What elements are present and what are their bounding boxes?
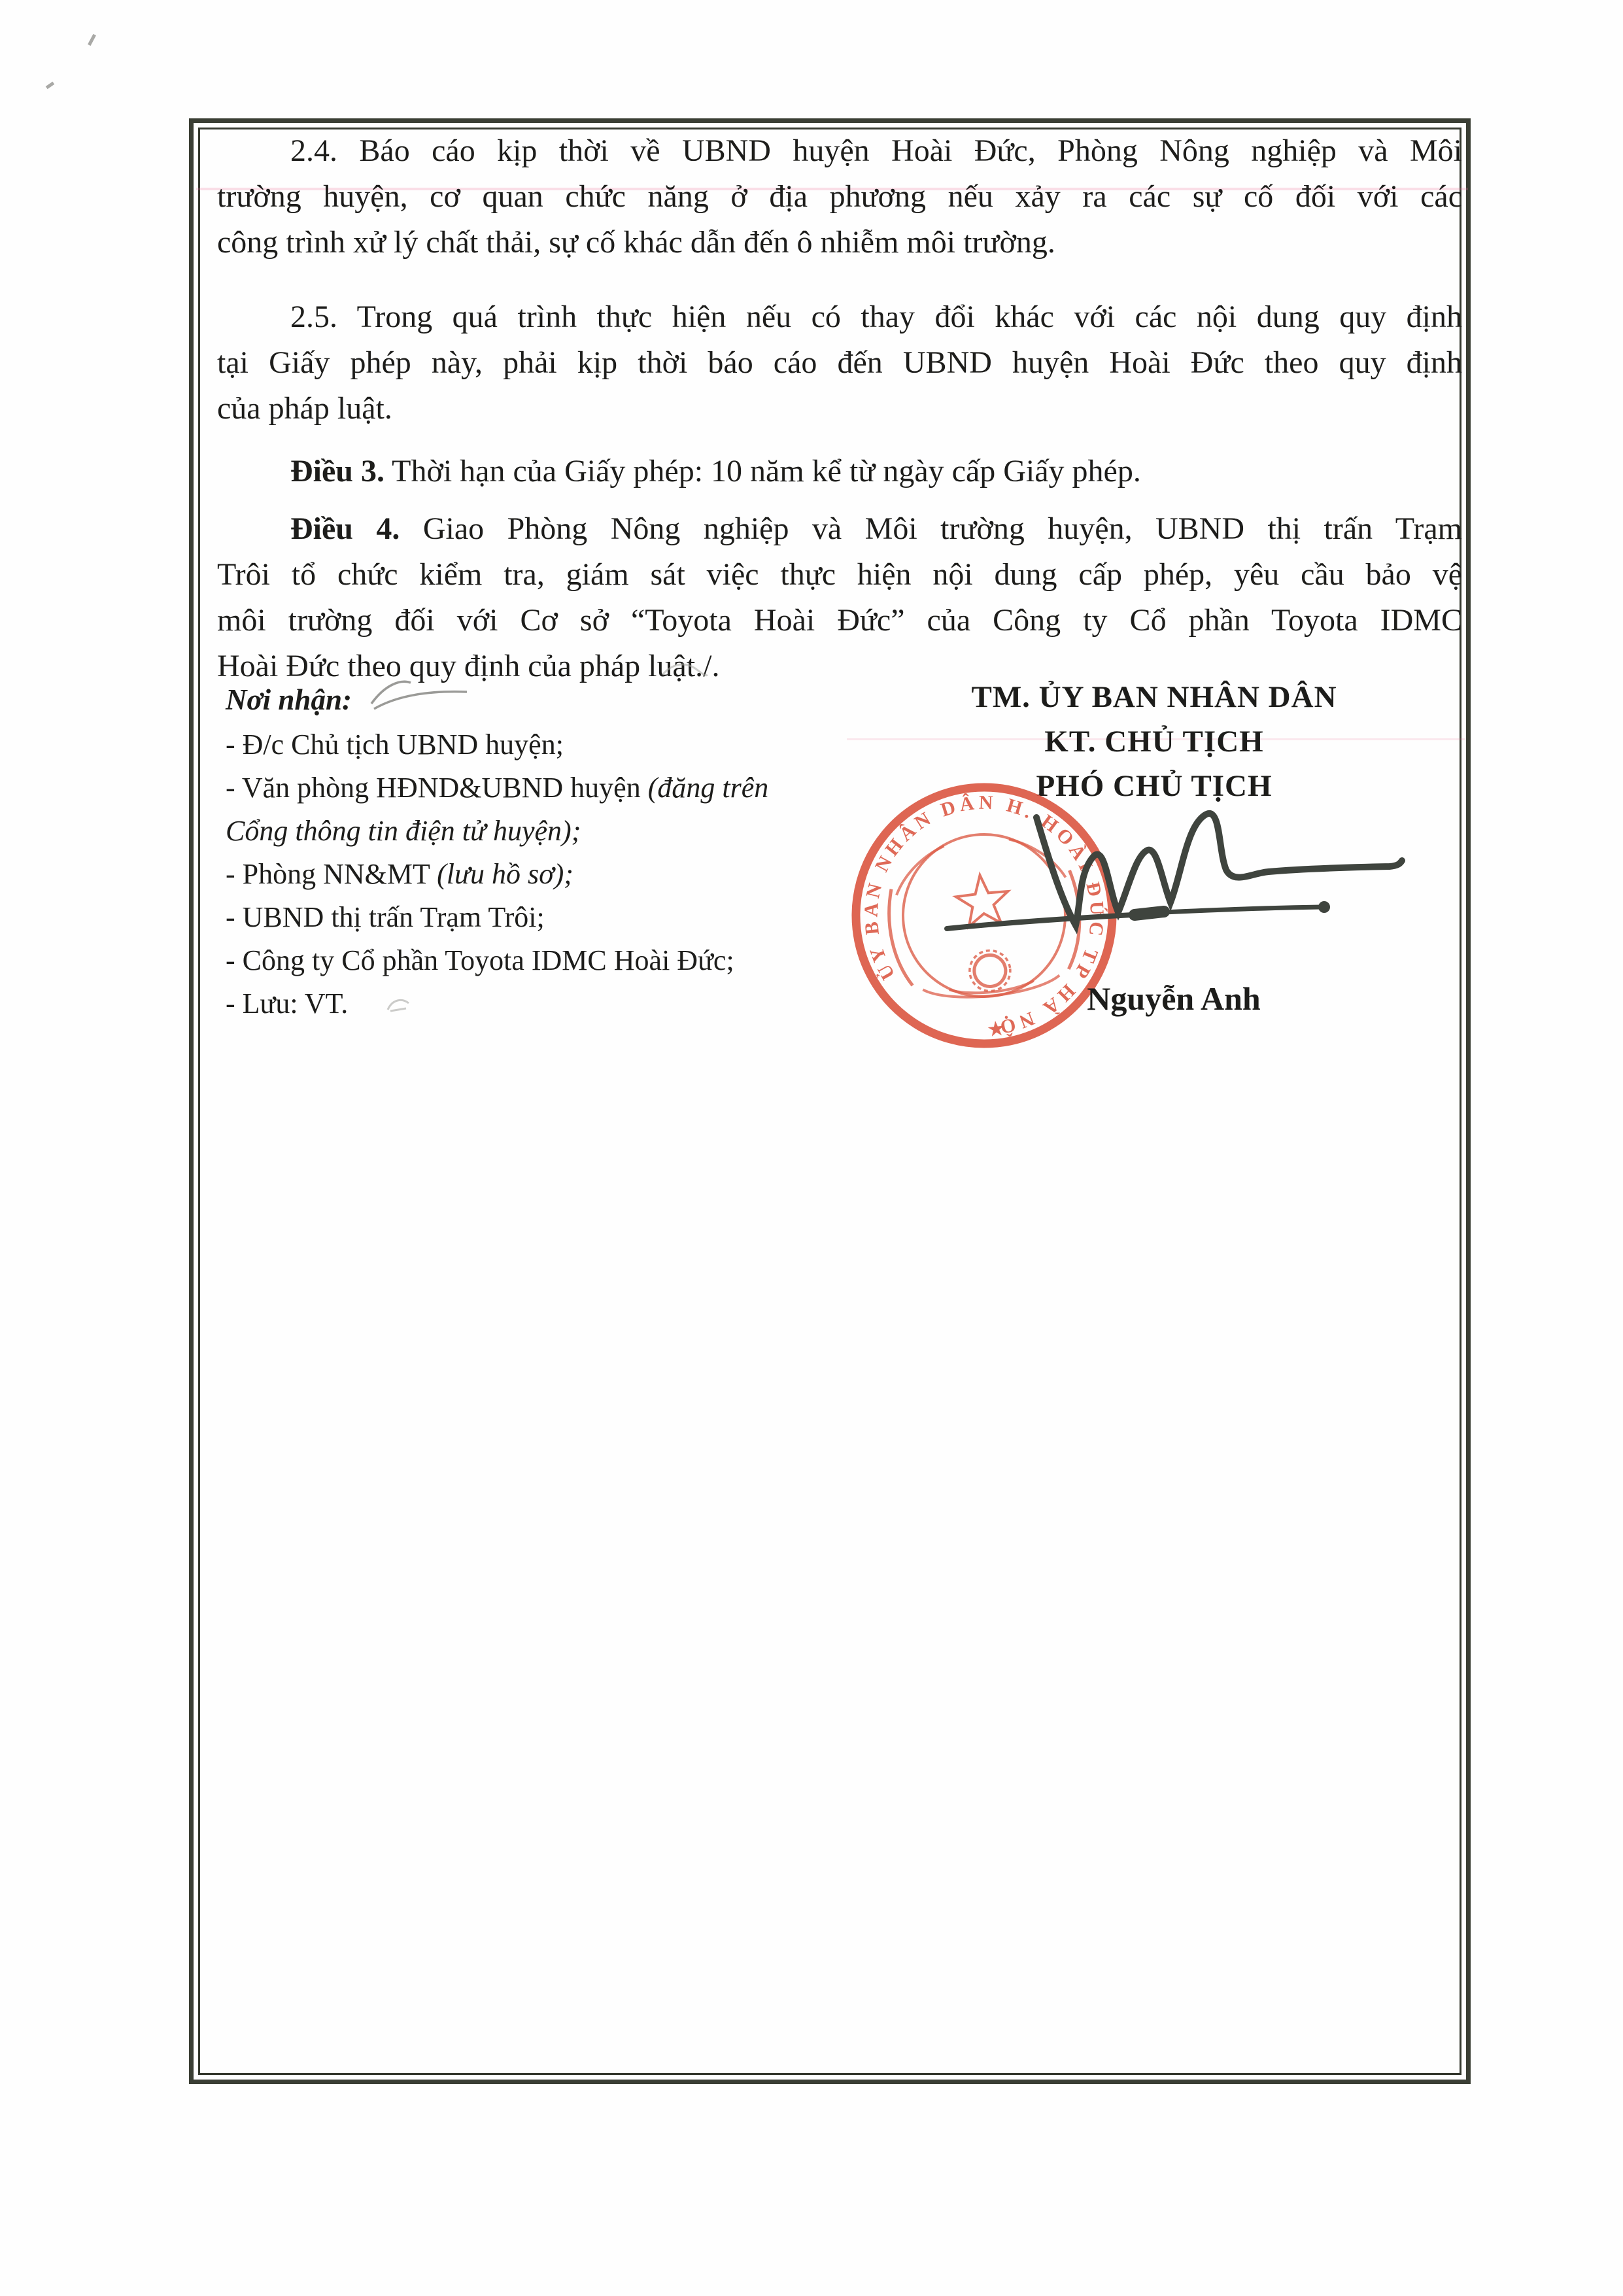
article-3: Điều 3. Thời hạn của Giấy phép: 10 năm k… xyxy=(217,449,1462,494)
text-line: Điều 4. Giao Phòng Nông nghiệp và Môi tr… xyxy=(217,506,1462,552)
article-3-text: Thời hạn của Giấy phép: 10 năm kể từ ngà… xyxy=(384,454,1141,488)
text-line: 2.5. Trong quá trình thực hiện nếu có th… xyxy=(217,294,1462,340)
recipient-text-italic: Cổng thông tin điện tử huyện); xyxy=(226,815,581,847)
recipient-text: - Phòng NN&MT xyxy=(226,858,437,890)
paragraph-2-4: 2.4. Báo cáo kịp thời về UBND huyện Hoài… xyxy=(217,128,1462,266)
scanned-document-page: 2.4. Báo cáo kịp thời về UBND huyện Hoài… xyxy=(0,0,1623,2296)
text-line: công trình xử lý chất thải, sự cố khác d… xyxy=(217,220,1462,266)
pencil-scribble-icon xyxy=(367,672,479,718)
text-line: Trôi tổ chức kiểm tra, giám sát việc thự… xyxy=(217,552,1462,598)
recipient-item: - Văn phòng HĐND&UBND huyện (đăng trên xyxy=(226,766,880,810)
recipient-item: Cổng thông tin điện tử huyện); xyxy=(226,810,880,853)
recipient-item: - UBND thị trấn Trạm Trôi; xyxy=(226,896,880,939)
text-line: tại Giấy phép này, phải kịp thời báo cáo… xyxy=(217,340,1462,386)
recipient-text: - UBND thị trấn Trạm Trôi; xyxy=(226,901,545,933)
signature-heading-kt: KT. CHỦ TỊCH xyxy=(844,719,1465,764)
pencil-mark-icon xyxy=(383,991,419,1018)
signer-name: Nguyễn Anh xyxy=(961,980,1386,1018)
ink-speck xyxy=(46,82,55,90)
article-3-label: Điều 3. xyxy=(290,454,384,488)
article-4-text: Giao Phòng Nông nghiệp và Môi trường huy… xyxy=(400,511,1462,546)
recipient-text: - Công ty Cổ phần Toyota IDMC Hoài Đức; xyxy=(226,944,734,976)
recipient-text: - Văn phòng HĐND&UBND huyện xyxy=(226,772,648,804)
text-line: 2.4. Báo cáo kịp thời về UBND huyện Hoài… xyxy=(217,128,1462,174)
recipient-item: - Phòng NN&MT (lưu hồ sơ); xyxy=(226,853,880,896)
recipient-item: - Công ty Cổ phần Toyota IDMC Hoài Đức; xyxy=(226,939,880,982)
recipients-label: Nơi nhận: xyxy=(226,680,880,719)
text-line: Điều 3. Thời hạn của Giấy phép: 10 năm k… xyxy=(217,449,1462,494)
recipient-item: - Đ/c Chủ tịch UBND huyện; xyxy=(226,723,880,766)
article-4: Điều 4. Giao Phòng Nông nghiệp và Môi tr… xyxy=(217,506,1462,689)
text-line: môi trường đối với Cơ sở “Toyota Hoài Đứ… xyxy=(217,598,1462,643)
recipient-text: - Lưu: VT. xyxy=(226,987,348,1019)
recipient-item: - Lưu: VT. xyxy=(226,982,880,1025)
article-4-label: Điều 4. xyxy=(290,511,400,546)
recipients-block: Nơi nhận: - Đ/c Chủ tịch UBND huyện; - V… xyxy=(226,680,880,1025)
stamp-star-icon: ★ xyxy=(985,1016,1006,1042)
signature-image xyxy=(912,781,1422,958)
recipient-text-italic: (đăng trên xyxy=(648,772,769,804)
text-line: của pháp luật. xyxy=(217,386,1462,432)
signature-heading-authority: TM. ỦY BAN NHÂN DÂN xyxy=(844,675,1465,719)
paragraph-2-5: 2.5. Trong quá trình thực hiện nếu có th… xyxy=(217,294,1462,432)
recipient-text-italic: (lưu hồ sơ); xyxy=(437,858,573,890)
ink-speck xyxy=(88,34,96,46)
recipient-text: - Đ/c Chủ tịch UBND huyện; xyxy=(226,728,564,761)
text-line: trường huyện, cơ quan chức năng ở địa ph… xyxy=(217,174,1462,220)
